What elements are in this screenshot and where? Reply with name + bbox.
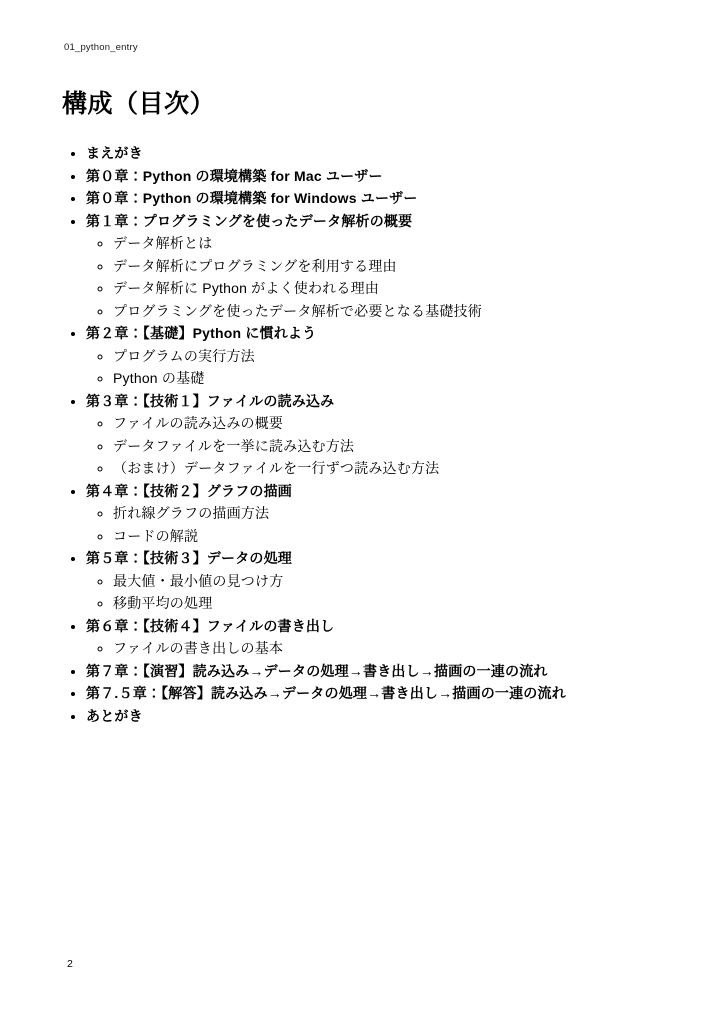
toc-section-item: プログラムの実行方法 bbox=[113, 345, 684, 368]
toc-section-list: ファイルの書き出しの基本 bbox=[86, 637, 684, 660]
toc-chapter-label: 第０章：Python の環境構築 for Mac ユーザー bbox=[86, 168, 383, 184]
toc-chapter-label: あとがき bbox=[86, 708, 143, 724]
toc-section-item: ファイルの書き出しの基本 bbox=[113, 637, 684, 660]
toc-section-list: 最大値・最小値の見つけ方移動平均の処理 bbox=[86, 570, 684, 615]
toc-section-list: ファイルの読み込みの概要データファイルを一挙に読み込む方法（おまけ）データファイ… bbox=[86, 412, 684, 480]
toc-chapter-item: あとがき bbox=[86, 705, 684, 728]
toc-section-item: プログラミングを使ったデータ解析で必要となる基礎技術 bbox=[113, 300, 684, 323]
toc-chapter-item: 第６章：【技術４】ファイルの書き出しファイルの書き出しの基本 bbox=[86, 615, 684, 660]
toc-chapter-label: 第７.５章：【解答】読み込み→データの処理→書き出し→描画の一連の流れ bbox=[86, 685, 566, 701]
toc-section-item: ファイルの読み込みの概要 bbox=[113, 412, 684, 435]
toc-chapter-item: 第０章：Python の環境構築 for Windows ユーザー bbox=[86, 187, 684, 210]
toc-section-item: データ解析とは bbox=[113, 232, 684, 255]
document-page: 01_python_entry 構成（目次） まえがき第０章：Python の環… bbox=[0, 0, 724, 1024]
toc-section-list: データ解析とはデータ解析にプログラミングを利用する理由データ解析に Python… bbox=[86, 232, 684, 322]
toc-chapter-item: 第１章：プログラミングを使ったデータ解析の概要データ解析とはデータ解析にプログラ… bbox=[86, 210, 684, 323]
toc-chapter-label: 第１章：プログラミングを使ったデータ解析の概要 bbox=[86, 213, 412, 229]
page-number: 2 bbox=[67, 958, 73, 970]
toc-chapter-label: 第４章：【技術２】グラフの描画 bbox=[86, 483, 292, 499]
toc-chapter-item: 第２章：【基礎】Python に慣れようプログラムの実行方法Python の基礎 bbox=[86, 322, 684, 390]
toc-section-list: プログラムの実行方法Python の基礎 bbox=[86, 345, 684, 390]
toc-section-item: データファイルを一挙に読み込む方法 bbox=[113, 435, 684, 458]
toc-section-item: コードの解説 bbox=[113, 525, 684, 548]
toc-section-item: （おまけ）データファイルを一行ずつ読み込む方法 bbox=[113, 457, 684, 480]
toc-chapter-label: 第３章：【技術１】ファイルの読み込み bbox=[86, 393, 334, 409]
toc-chapter-item: 第４章：【技術２】グラフの描画折れ線グラフの描画方法コードの解説 bbox=[86, 480, 684, 548]
toc-section-item: 移動平均の処理 bbox=[113, 592, 684, 615]
notebook-filename: 01_python_entry bbox=[64, 42, 684, 53]
toc-section-item: データ解析にプログラミングを利用する理由 bbox=[113, 255, 684, 278]
toc-chapter-label: まえがき bbox=[86, 145, 143, 161]
toc-section-list: 折れ線グラフの描画方法コードの解説 bbox=[86, 502, 684, 547]
toc-chapter-item: まえがき bbox=[86, 142, 684, 165]
toc-chapter-item: 第５章：【技術３】データの処理最大値・最小値の見つけ方移動平均の処理 bbox=[86, 547, 684, 615]
toc-section-item: 最大値・最小値の見つけ方 bbox=[113, 570, 684, 593]
toc-section-item: データ解析に Python がよく使われる理由 bbox=[113, 277, 684, 300]
toc-chapter-label: 第７章：【演習】読み込み→データの処理→書き出し→描画の一連の流れ bbox=[86, 663, 548, 679]
toc-chapter-label: 第５章：【技術３】データの処理 bbox=[86, 550, 292, 566]
toc-section-item: 折れ線グラフの描画方法 bbox=[113, 502, 684, 525]
toc-section-item: Python の基礎 bbox=[113, 367, 684, 390]
toc-list: まえがき第０章：Python の環境構築 for Mac ユーザー第０章：Pyt… bbox=[64, 142, 684, 727]
page-title: 構成（目次） bbox=[62, 90, 684, 118]
toc-chapter-label: 第２章：【基礎】Python に慣れよう bbox=[86, 325, 316, 341]
toc-chapter-item: 第０章：Python の環境構築 for Mac ユーザー bbox=[86, 165, 684, 188]
toc-chapter-label: 第６章：【技術４】ファイルの書き出し bbox=[86, 618, 334, 634]
toc-chapter-label: 第０章：Python の環境構築 for Windows ユーザー bbox=[86, 190, 418, 206]
toc-chapter-item: 第７章：【演習】読み込み→データの処理→書き出し→描画の一連の流れ bbox=[86, 660, 684, 683]
toc-chapter-item: 第７.５章：【解答】読み込み→データの処理→書き出し→描画の一連の流れ bbox=[86, 682, 684, 705]
toc-chapter-item: 第３章：【技術１】ファイルの読み込みファイルの読み込みの概要データファイルを一挙… bbox=[86, 390, 684, 480]
